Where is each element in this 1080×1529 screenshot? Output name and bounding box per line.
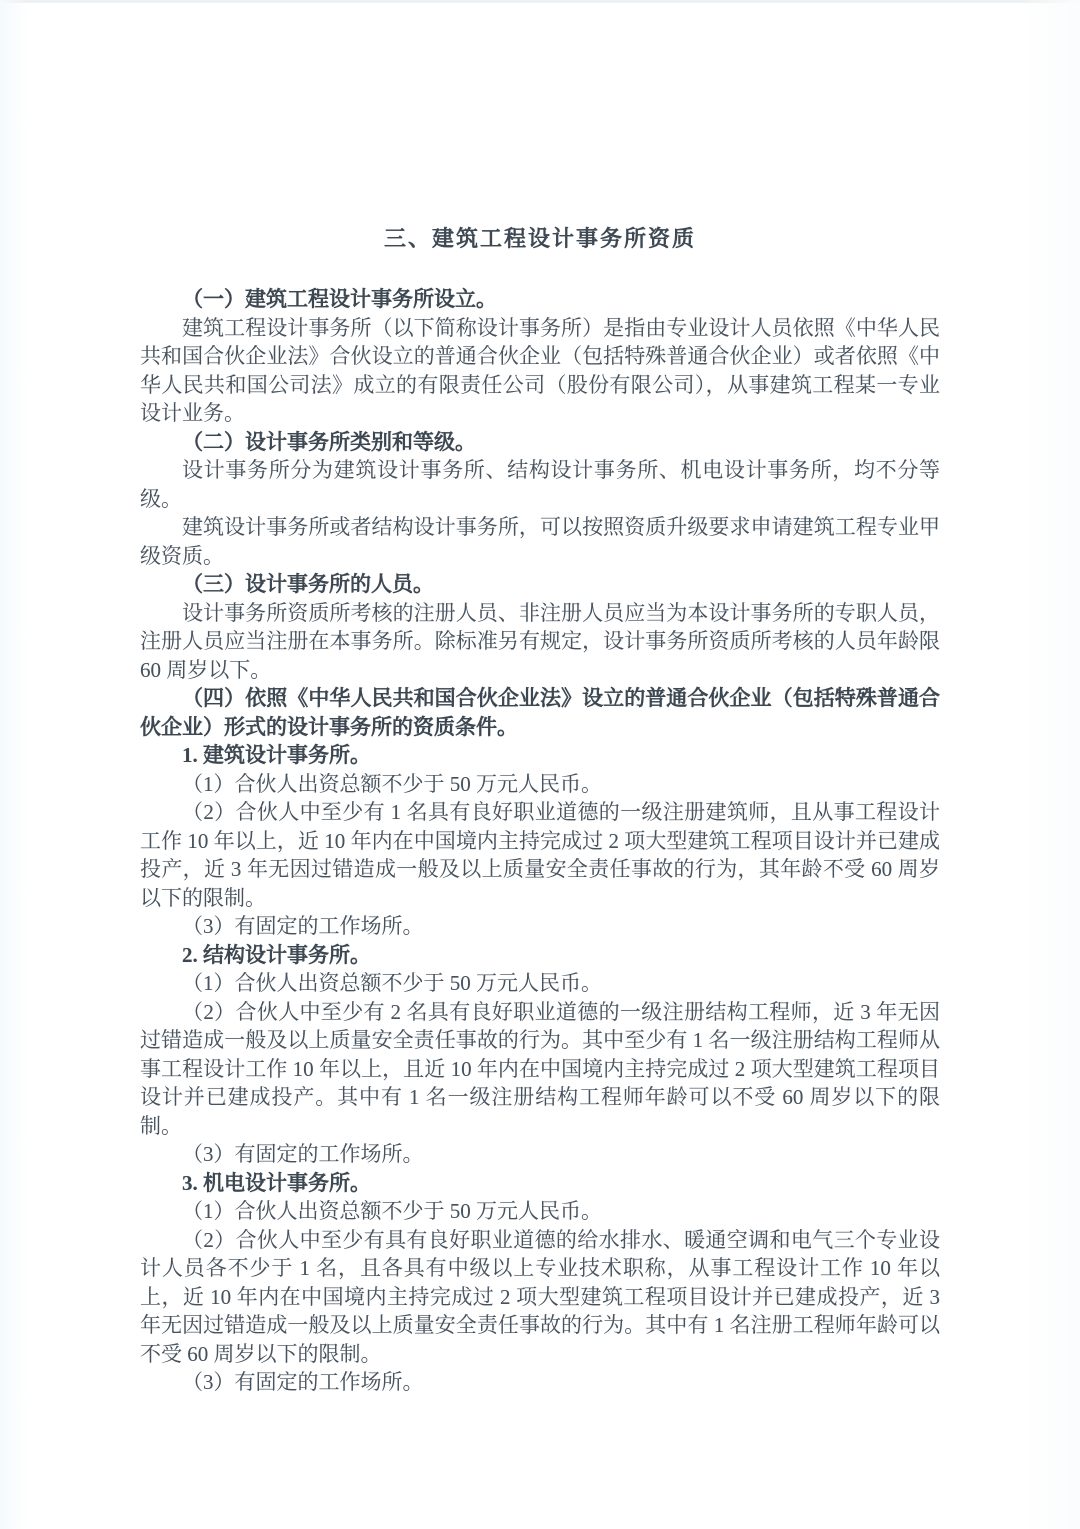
document-content: 三、建筑工程设计事务所资质 （一）建筑工程设计事务所设立。建筑工程设计事务所（以… <box>140 222 940 1397</box>
paragraph: 设计事务所资质所考核的注册人员、非注册人员应当为本设计事务所的专职人员，注册人员… <box>140 599 940 685</box>
paragraph: （1）合伙人出资总额不少于 50 万元人民币。 <box>140 969 940 998</box>
paragraph: 建筑设计事务所或者结构设计事务所，可以按照资质升级要求申请建筑工程专业甲级资质。 <box>140 513 940 570</box>
section-heading: （三）设计事务所的人员。 <box>140 570 940 599</box>
paragraph: （2）合伙人中至少有具有良好职业道德的给水排水、暖通空调和电气三个专业设计人员各… <box>140 1226 940 1369</box>
paragraph: （2）合伙人中至少有 1 名具有良好职业道德的一级注册建筑师，且从事工程设计工作… <box>140 798 940 912</box>
scan-right-tint <box>1020 0 1080 1529</box>
paragraph: （3）有固定的工作场所。 <box>140 1368 940 1397</box>
document-body: （一）建筑工程设计事务所设立。建筑工程设计事务所（以下简称设计事务所）是指由专业… <box>140 285 940 1397</box>
paragraph: （3）有固定的工作场所。 <box>140 912 940 941</box>
scanned-document-page: 三、建筑工程设计事务所资质 （一）建筑工程设计事务所设立。建筑工程设计事务所（以… <box>0 0 1080 1529</box>
page-title: 三、建筑工程设计事务所资质 <box>140 222 940 253</box>
scan-top-edge <box>0 0 1080 3</box>
section-heading: （二）设计事务所类别和等级。 <box>140 428 940 457</box>
scan-left-tint <box>0 0 28 1529</box>
paragraph: （3）有固定的工作场所。 <box>140 1140 940 1169</box>
paragraph: 建筑工程设计事务所（以下简称设计事务所）是指由专业设计人员依照《中华人民共和国合… <box>140 314 940 428</box>
paragraph: 设计事务所分为建筑设计事务所、结构设计事务所、机电设计事务所，均不分等级。 <box>140 456 940 513</box>
section-heading: （一）建筑工程设计事务所设立。 <box>140 285 940 314</box>
section-heading: 3. 机电设计事务所。 <box>140 1169 940 1198</box>
section-heading: 1. 建筑设计事务所。 <box>140 741 940 770</box>
paragraph: （1）合伙人出资总额不少于 50 万元人民币。 <box>140 1197 940 1226</box>
paragraph: （1）合伙人出资总额不少于 50 万元人民币。 <box>140 770 940 799</box>
section-heading: 2. 结构设计事务所。 <box>140 941 940 970</box>
paragraph: （2）合伙人中至少有 2 名具有良好职业道德的一级注册结构工程师，近 3 年无因… <box>140 998 940 1141</box>
section-heading: （四）依照《中华人民共和国合伙企业法》设立的普通合伙企业（包括特殊普通合伙企业）… <box>140 684 940 741</box>
